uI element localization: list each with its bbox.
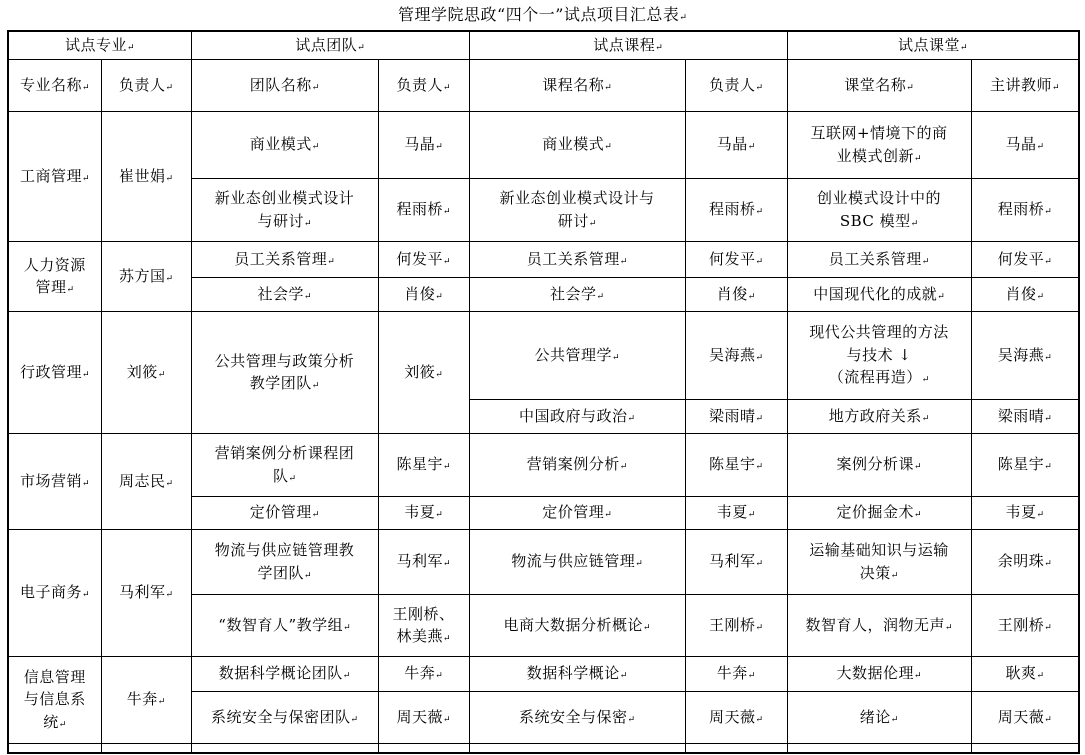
paragraph-mark-icon: ↵ [288, 474, 296, 484]
table-cell: 何发平↵ [971, 241, 1079, 277]
table-cell: 工商管理↵ [8, 111, 101, 241]
paragraph-mark-icon: ↵ [312, 142, 320, 152]
paragraph-mark-icon: ↵ [59, 720, 67, 730]
paragraph-mark-icon: ↵ [443, 634, 451, 644]
column-header-label: 专业名称 [20, 76, 82, 94]
table-cell: 社会学↵ [191, 277, 378, 311]
paragraph-mark-icon: ↵ [620, 257, 628, 267]
paragraph-mark-icon: ↵ [82, 590, 90, 600]
table-cell: 马晶↵ [685, 111, 787, 178]
table-row [8, 743, 1079, 753]
column-header-label: 负责人 [709, 76, 756, 94]
table-cell: 创业模式设计中的 SBC 模型↵ [787, 178, 971, 241]
paragraph-mark-icon: ↵ [922, 375, 930, 385]
column-header: 负责人↵ [685, 59, 787, 111]
paragraph-mark-icon: ↵ [357, 43, 365, 53]
table-cell: 刘筱↵ [101, 311, 191, 433]
paragraph-mark-icon: ↵ [443, 207, 451, 217]
paragraph-mark-icon: ↵ [604, 83, 612, 93]
group-header-label: 试点团队 [295, 36, 357, 54]
paragraph-mark-icon: ↵ [891, 715, 899, 725]
table-cell: 王刚桥↵ [971, 594, 1079, 656]
cell-text: 定价管理 [542, 503, 604, 521]
paragraph-mark-icon: ↵ [312, 381, 320, 391]
cell-text: 定价掘金术 [836, 503, 914, 521]
table-cell: 马利军↵ [685, 529, 787, 594]
paragraph-mark-icon: ↵ [165, 174, 173, 184]
table-cell: 肖俊↵ [971, 277, 1079, 311]
table-cell: 韦夏↵ [378, 496, 469, 529]
table-cell: 王刚桥↵ [685, 594, 787, 656]
table-cell: 数据科学概论↵ [469, 656, 685, 691]
cell-text: 数据科学概论团队 [219, 664, 343, 682]
cell-text: 王刚桥 [998, 616, 1045, 634]
paragraph-mark-icon: ↵ [755, 414, 763, 424]
cell-text: 社会学 [550, 285, 597, 303]
table-cell: 物流与供应链管理↵ [469, 529, 685, 594]
paragraph-mark-icon: ↵ [435, 142, 443, 152]
summary-table: 试点专业↵试点团队↵试点课程↵试点课堂↵专业名称↵负责人↵团队名称↵负责人↵课程… [7, 30, 1080, 754]
table-cell: 物流与供应链管理教 学团队↵ [191, 529, 378, 594]
column-header-label: 主讲教师 [990, 76, 1052, 94]
table-cell: 公共管理学↵ [469, 311, 685, 399]
table-cell: 地方政府关系↵ [787, 399, 971, 433]
table-cell: 中国政府与政治↵ [469, 399, 685, 433]
table-cell: 定价管理↵ [469, 496, 685, 529]
paragraph-mark-icon: ↵ [435, 370, 443, 380]
paragraph-mark-icon: ↵ [343, 623, 351, 633]
paragraph-mark-icon: ↵ [755, 257, 763, 267]
cell-text: 吴海燕 [998, 346, 1045, 364]
paragraph-mark-icon: ↵ [627, 414, 635, 424]
cell-text: 新业态创业模式设计 与研讨 [215, 189, 355, 230]
cell-text: 牛奔 [404, 664, 435, 682]
cell-text: 肖俊 [404, 285, 435, 303]
table-cell: 吴海燕↵ [685, 311, 787, 399]
table-cell: 商业模式↵ [191, 111, 378, 178]
cell-text: 商业模式 [250, 135, 312, 153]
cell-text: 余明珠 [998, 552, 1045, 570]
paragraph-mark-icon: ↵ [1052, 83, 1060, 93]
cell-text: 大数据伦理 [836, 664, 914, 682]
table-cell [8, 743, 101, 753]
column-header: 专业名称↵ [8, 59, 101, 111]
paragraph-mark-icon: ↵ [604, 510, 612, 520]
cell-text: 周天薇 [396, 708, 443, 726]
cell-text: 马晶 [717, 135, 748, 153]
table-cell: 苏方国↵ [101, 241, 191, 311]
cell-text: 公共管理学 [534, 346, 612, 364]
table-cell: 营销案例分析课程团 队↵ [191, 433, 378, 496]
paragraph-mark-icon: ↵ [922, 414, 930, 424]
paragraph-mark-icon: ↵ [304, 292, 312, 302]
paragraph-mark-icon: ↵ [891, 571, 899, 581]
paragraph-mark-icon: ↵ [906, 83, 914, 93]
cell-text: 韦夏 [404, 503, 435, 521]
paragraph-mark-icon: ↵ [1036, 142, 1044, 152]
cell-text: 韦夏 [717, 503, 748, 521]
cell-text: 商业模式 [542, 135, 604, 153]
cell-text: 系统安全与保密 [519, 708, 628, 726]
paragraph-mark-icon: ↵ [443, 559, 451, 569]
column-header-label: 负责人 [119, 76, 166, 94]
cell-text: 中国政府与政治 [519, 407, 628, 425]
paragraph-mark-icon: ↵ [922, 257, 930, 267]
paragraph-mark-icon: ↵ [604, 142, 612, 152]
table-cell: 周天薇↵ [378, 691, 469, 743]
cell-text: 营销案例分析 [527, 455, 620, 473]
table-cell: 大数据伦理↵ [787, 656, 971, 691]
paragraph-mark-icon: ↵ [1036, 671, 1044, 681]
table-cell: 定价管理↵ [191, 496, 378, 529]
cell-text: 梁雨晴 [998, 407, 1045, 425]
group-header: 试点课堂↵ [787, 31, 1079, 59]
table-cell: 商业模式↵ [469, 111, 685, 178]
table-cell: 牛奔↵ [685, 656, 787, 691]
cell-text: 绪论 [860, 708, 891, 726]
cell-text: 员工关系管理 [234, 250, 327, 268]
table-cell [101, 743, 191, 753]
table-cell [971, 743, 1079, 753]
paragraph-mark-icon: ↵ [914, 462, 922, 472]
column-header-label: 课程名称 [542, 76, 604, 94]
column-header: 负责人↵ [101, 59, 191, 111]
table-cell: 牛奔↵ [378, 656, 469, 691]
paragraph-mark-icon: ↵ [748, 671, 756, 681]
group-header: 试点专业↵ [8, 31, 191, 59]
table-row: 市场营销↵周志民↵营销案例分析课程团 队↵陈星宇↵营销案例分析↵陈星宇↵案例分析… [8, 433, 1079, 496]
cell-text: 程雨桥 [396, 200, 443, 218]
cell-text: 陈星宇 [998, 455, 1045, 473]
cell-text: “数智育人”教学组 [218, 616, 343, 634]
cell-text: 物流与供应链管理 [511, 552, 635, 570]
cell-text: 马利军 [709, 552, 756, 570]
cell-text: 数据科学概论 [527, 664, 620, 682]
table-cell: 周天薇↵ [685, 691, 787, 743]
paragraph-mark-icon: ↵ [755, 559, 763, 569]
cell-text: 周天薇 [998, 708, 1045, 726]
paragraph-mark-icon: ↵ [596, 292, 604, 302]
table-cell: 周天薇↵ [971, 691, 1079, 743]
paragraph-mark-icon: ↵ [1044, 715, 1052, 725]
paragraph-mark-icon: ↵ [127, 43, 135, 53]
table-cell: 员工关系管理↵ [787, 241, 971, 277]
table-cell: 周志民↵ [101, 433, 191, 529]
cell-text: 创业模式设计中的 SBC 模型 [817, 189, 941, 230]
paragraph-mark-icon: ↵ [755, 462, 763, 472]
table-cell: 定价掘金术↵ [787, 496, 971, 529]
paragraph-mark-icon: ↵ [443, 83, 451, 93]
cell-text: 肖俊 [717, 285, 748, 303]
table-cell: 马晶↵ [378, 111, 469, 178]
paragraph-mark-icon: ↵ [443, 715, 451, 725]
table-cell: 新业态创业模式设计 与研讨↵ [191, 178, 378, 241]
cell-text: 崔世娟 [119, 167, 166, 185]
table-cell: 信息管理 与信息系 统↵ [8, 656, 101, 743]
table-cell: 马晶↵ [971, 111, 1079, 178]
paragraph-mark-icon: ↵ [82, 370, 90, 380]
cell-text: 何发平 [396, 250, 443, 268]
paragraph-mark-icon: ↵ [755, 353, 763, 363]
paragraph-mark-icon: ↵ [755, 623, 763, 633]
paragraph-mark-icon: ↵ [755, 715, 763, 725]
paragraph-mark-icon: ↵ [914, 510, 922, 520]
cell-text: 陈星宇 [396, 455, 443, 473]
paragraph-mark-icon: ↵ [643, 623, 651, 633]
cell-text: 运输基础知识与运输 决策 [809, 541, 949, 582]
cell-text: 王刚桥 [709, 616, 756, 634]
group-header-label: 试点专业 [65, 36, 127, 54]
table-cell: 人力资源 管理↵ [8, 241, 101, 311]
paragraph-mark-icon: ↵ [165, 274, 173, 284]
paragraph-mark-icon: ↵ [443, 257, 451, 267]
paragraph-mark-icon: ↵ [82, 174, 90, 184]
table-cell: 肖俊↵ [685, 277, 787, 311]
table-cell: 社会学↵ [469, 277, 685, 311]
group-header-label: 试点课程 [593, 36, 655, 54]
cell-text: 新业态创业模式设计与 研讨 [499, 189, 654, 230]
cell-text: 市场营销 [20, 472, 82, 490]
cell-text: 互联网+情境下的商 业模式创新 [810, 124, 947, 165]
paragraph-mark-icon: ↵ [435, 292, 443, 302]
paragraph-mark-icon: ↵ [443, 462, 451, 472]
table-body: 工商管理↵崔世娟↵商业模式↵马晶↵商业模式↵马晶↵互联网+情境下的商 业模式创新… [8, 111, 1079, 753]
table-cell: 案例分析课↵ [787, 433, 971, 496]
paragraph-mark-icon: ↵ [66, 285, 74, 295]
paragraph-mark-icon: ↵ [755, 83, 763, 93]
paragraph-mark-icon: ↵ [350, 715, 358, 725]
table-header: 试点专业↵试点团队↵试点课程↵试点课堂↵专业名称↵负责人↵团队名称↵负责人↵课程… [8, 31, 1079, 111]
table-cell: 韦夏↵ [971, 496, 1079, 529]
paragraph-mark-icon: ↵ [627, 715, 635, 725]
cell-text: 吴海燕 [709, 346, 756, 364]
paragraph-mark-icon: ↵ [1044, 353, 1052, 363]
paragraph-mark-icon: ↵ [1036, 292, 1044, 302]
paragraph-mark-icon: ↵ [937, 292, 945, 302]
cell-text: 公共管理与政策分析 教学团队 [215, 352, 355, 393]
table-row: 人力资源 管理↵苏方国↵员工关系管理↵何发平↵员工关系管理↵何发平↵员工关系管理… [8, 241, 1079, 277]
table-cell: 电子商务↵ [8, 529, 101, 656]
cell-text: 马晶 [1005, 135, 1036, 153]
cell-text: 何发平 [709, 250, 756, 268]
paragraph-mark-icon: ↵ [589, 219, 597, 229]
table-cell: 公共管理与政策分析 教学团队↵ [191, 311, 378, 433]
table-cell [469, 743, 685, 753]
paragraph-mark-icon: ↵ [1044, 207, 1052, 217]
paragraph-mark-icon: ↵ [82, 83, 90, 93]
paragraph-mark-icon: ↵ [82, 479, 90, 489]
paragraph-mark-icon: ↵ [635, 559, 643, 569]
table-cell: 行政管理↵ [8, 311, 101, 433]
cell-text: 刘筱 [127, 363, 158, 381]
cell-text: 定价管理 [250, 503, 312, 521]
table-cell: 数据科学概论团队↵ [191, 656, 378, 691]
cell-text: 梁雨晴 [709, 407, 756, 425]
paragraph-mark-icon: ↵ [612, 353, 620, 363]
cell-text: 员工关系管理 [527, 250, 620, 268]
paragraph-mark-icon: ↵ [1044, 462, 1052, 472]
paragraph-mark-icon: ↵ [679, 13, 687, 23]
cell-text: 刘筱 [404, 363, 435, 381]
cell-text: 陈星宇 [709, 455, 756, 473]
table-cell: 余明珠↵ [971, 529, 1079, 594]
cell-text: 韦夏 [1005, 503, 1036, 521]
paragraph-mark-icon: ↵ [165, 479, 173, 489]
paragraph-mark-icon: ↵ [1044, 257, 1052, 267]
paragraph-mark-icon: ↵ [755, 207, 763, 217]
cell-text: 程雨桥 [709, 200, 756, 218]
cell-text: 苏方国 [119, 267, 166, 285]
cell-text: 员工关系管理 [829, 250, 922, 268]
document-title-text: 管理学院思政“四个一”试点项目汇总表 [398, 5, 679, 24]
cell-text: 何发平 [998, 250, 1045, 268]
cell-text: 系统安全与保密团队 [211, 708, 351, 726]
group-header: 试点课程↵ [469, 31, 787, 59]
column-header-label: 团队名称 [250, 76, 312, 94]
cell-text: 工商管理 [20, 167, 82, 185]
cell-text: 马利军 [119, 583, 166, 601]
cell-text: 肖俊 [1005, 285, 1036, 303]
group-header-row: 试点专业↵试点团队↵试点课程↵试点课堂↵ [8, 31, 1079, 59]
table-cell: 数智育人，润物无声↵ [787, 594, 971, 656]
table-cell [191, 743, 378, 753]
paragraph-mark-icon: ↵ [304, 219, 312, 229]
group-header-label: 试点课堂 [898, 36, 960, 54]
column-header-label: 负责人 [396, 76, 443, 94]
paragraph-mark-icon: ↵ [327, 257, 335, 267]
cell-text: 电商大数据分析概论 [503, 616, 643, 634]
paragraph-mark-icon: ↵ [748, 142, 756, 152]
paragraph-mark-icon: ↵ [435, 510, 443, 520]
paragraph-mark-icon: ↵ [158, 697, 166, 707]
paragraph-mark-icon: ↵ [620, 462, 628, 472]
table-cell: 何发平↵ [685, 241, 787, 277]
table-cell: 陈星宇↵ [378, 433, 469, 496]
table-cell: 梁雨晴↵ [971, 399, 1079, 433]
paragraph-mark-icon: ↵ [165, 83, 173, 93]
paragraph-mark-icon: ↵ [435, 671, 443, 681]
table-cell: 肖俊↵ [378, 277, 469, 311]
cell-text: 马晶 [404, 135, 435, 153]
paragraph-mark-icon: ↵ [960, 43, 968, 53]
paragraph-mark-icon: ↵ [165, 590, 173, 600]
cell-text: 行政管理 [20, 363, 82, 381]
table-cell: 系统安全与保密团队↵ [191, 691, 378, 743]
paragraph-mark-icon: ↵ [304, 571, 312, 581]
table-cell [685, 743, 787, 753]
table-cell: 现代公共管理的方法 与技术 ↓ （流程再造）↵ [787, 311, 971, 399]
column-header: 团队名称↵ [191, 59, 378, 111]
table-cell: 陈星宇↵ [685, 433, 787, 496]
table-cell: 互联网+情境下的商 业模式创新↵ [787, 111, 971, 178]
group-header: 试点团队↵ [191, 31, 469, 59]
table-cell: 马利军↵ [378, 529, 469, 594]
paragraph-mark-icon: ↵ [1044, 414, 1052, 424]
cell-text: 牛奔 [127, 690, 158, 708]
table-cell: 程雨桥↵ [378, 178, 469, 241]
table-cell: 韦夏↵ [685, 496, 787, 529]
table-cell: 员工关系管理↵ [191, 241, 378, 277]
column-header: 主讲教师↵ [971, 59, 1079, 111]
cell-text: 牛奔 [717, 664, 748, 682]
table-row: 信息管理 与信息系 统↵牛奔↵数据科学概论团队↵牛奔↵数据科学概论↵牛奔↵大数据… [8, 656, 1079, 691]
table-row: 电子商务↵马利军↵物流与供应链管理教 学团队↵马利军↵物流与供应链管理↵马利军↵… [8, 529, 1079, 594]
table-cell: 程雨桥↵ [685, 178, 787, 241]
cell-text: 营销案例分析课程团 队 [215, 444, 355, 485]
table-cell [787, 743, 971, 753]
paragraph-mark-icon: ↵ [945, 623, 953, 633]
table-cell: 崔世娟↵ [101, 111, 191, 241]
table-cell: 马利军↵ [101, 529, 191, 656]
table-cell: 市场营销↵ [8, 433, 101, 529]
column-header-row: 专业名称↵负责人↵团队名称↵负责人↵课程名称↵负责人↵课堂名称↵主讲教师↵ [8, 59, 1079, 111]
table-cell: 刘筱↵ [378, 311, 469, 433]
cell-text: 周天薇 [709, 708, 756, 726]
cell-text: 地方政府关系 [829, 407, 922, 425]
table-row: 行政管理↵刘筱↵公共管理与政策分析 教学团队↵刘筱↵公共管理学↵吴海燕↵现代公共… [8, 311, 1079, 399]
cell-text: 信息管理 与信息系 统 [24, 668, 86, 731]
paragraph-mark-icon: ↵ [620, 671, 628, 681]
cell-text: 马利军 [396, 552, 443, 570]
paragraph-mark-icon: ↵ [748, 292, 756, 302]
table-cell: 耿爽↵ [971, 656, 1079, 691]
cell-text: 数智育人，润物无声 [805, 616, 945, 634]
cell-text: 人力资源 管理 [24, 256, 86, 297]
paragraph-mark-icon: ↵ [914, 154, 922, 164]
paragraph-mark-icon: ↵ [312, 83, 320, 93]
paragraph-mark-icon: ↵ [748, 510, 756, 520]
table-cell: 绪论↵ [787, 691, 971, 743]
column-header: 课程名称↵ [469, 59, 685, 111]
paragraph-mark-icon: ↵ [1036, 510, 1044, 520]
table-cell: 梁雨晴↵ [685, 399, 787, 433]
paragraph-mark-icon: ↵ [312, 510, 320, 520]
cell-text: 物流与供应链管理教 学团队 [215, 541, 355, 582]
table-cell: 新业态创业模式设计与 研讨↵ [469, 178, 685, 241]
table-row: 工商管理↵崔世娟↵商业模式↵马晶↵商业模式↵马晶↵互联网+情境下的商 业模式创新… [8, 111, 1079, 178]
table-cell: 王刚桥、 林美燕↵ [378, 594, 469, 656]
table-cell: 中国现代化的成就↵ [787, 277, 971, 311]
paragraph-mark-icon: ↵ [1044, 559, 1052, 569]
column-header-label: 课堂名称 [844, 76, 906, 94]
table-cell: 程雨桥↵ [971, 178, 1079, 241]
paragraph-mark-icon: ↵ [1044, 623, 1052, 633]
table-cell: 陈星宇↵ [971, 433, 1079, 496]
column-header: 课堂名称↵ [787, 59, 971, 111]
cell-text: 耿爽 [1005, 664, 1036, 682]
cell-text: 程雨桥 [998, 200, 1045, 218]
table-cell [378, 743, 469, 753]
document-title: 管理学院思政“四个一”试点项目汇总表↵ [7, 5, 1078, 24]
table-cell: 牛奔↵ [101, 656, 191, 743]
table-cell: “数智育人”教学组↵ [191, 594, 378, 656]
table-cell: 何发平↵ [378, 241, 469, 277]
paragraph-mark-icon: ↵ [655, 43, 663, 53]
cell-text: 周志民 [119, 472, 166, 490]
cell-text: 案例分析课 [836, 455, 914, 473]
cell-text: 中国现代化的成就 [813, 285, 937, 303]
column-header: 负责人↵ [378, 59, 469, 111]
table-cell: 员工关系管理↵ [469, 241, 685, 277]
table-cell: 吴海燕↵ [971, 311, 1079, 399]
paragraph-mark-icon: ↵ [343, 671, 351, 681]
document-page: 管理学院思政“四个一”试点项目汇总表↵ 试点专业↵试点团队↵试点课程↵试点课堂↵… [0, 0, 1085, 755]
table-cell: 运输基础知识与运输 决策↵ [787, 529, 971, 594]
paragraph-mark-icon: ↵ [911, 219, 919, 229]
table-cell: 营销案例分析↵ [469, 433, 685, 496]
cell-text: 电子商务 [20, 583, 82, 601]
paragraph-mark-icon: ↵ [158, 370, 166, 380]
